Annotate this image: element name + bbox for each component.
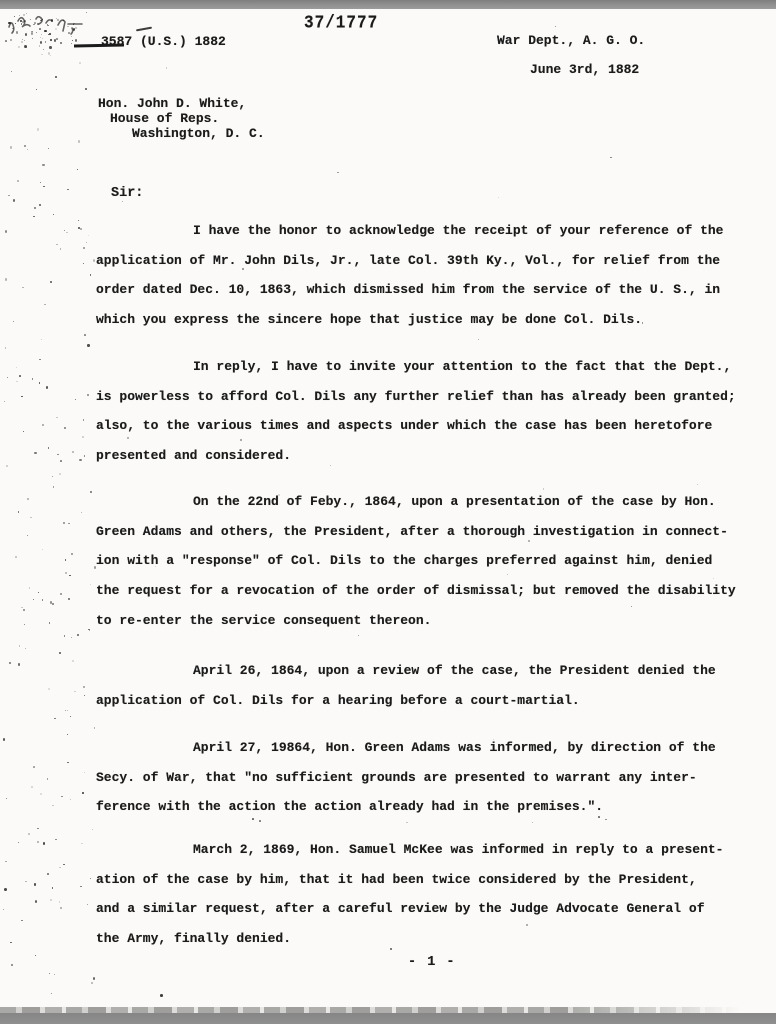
- noise-speck: [22, 287, 24, 289]
- noise-speck: [605, 819, 607, 820]
- noise-speck: [5, 347, 6, 349]
- noise-speck: [15, 556, 17, 558]
- noise-speck: [73, 28, 75, 30]
- noise-speck: [94, 566, 96, 568]
- noise-speck: [11, 71, 12, 72]
- noise-speck: [44, 304, 45, 305]
- noise-speck: [33, 24, 35, 25]
- recipient-address: Hon. John D. White,House of Reps.Washing…: [98, 97, 265, 141]
- text-line: Green Adams and others, the President, a…: [96, 517, 766, 547]
- text-line: ation of the case by him, that it had be…: [96, 865, 766, 895]
- file-number-stamp: 37/1777: [304, 12, 378, 33]
- noise-speck: [49, 33, 51, 35]
- noise-speck: [31, 31, 32, 32]
- noise-speck: [53, 486, 55, 488]
- noise-speck: [77, 634, 79, 636]
- noise-speck: [65, 710, 67, 712]
- noise-speck: [72, 451, 74, 453]
- noise-speck: [12, 28, 13, 29]
- noise-speck: [52, 887, 54, 889]
- noise-speck: [42, 424, 44, 426]
- noise-speck: [45, 41, 47, 43]
- noise-speck: [68, 598, 70, 600]
- noise-speck: [13, 321, 14, 322]
- noise-speck: [90, 584, 91, 585]
- noise-speck: [122, 201, 124, 202]
- noise-speck: [23, 609, 25, 611]
- noise-speck: [7, 377, 8, 378]
- paragraph-3: On the 22nd of Feby., 1864, upon a prese…: [96, 487, 766, 635]
- noise-speck: [598, 816, 600, 818]
- noise-speck: [697, 484, 698, 485]
- noise-speck: [40, 41, 42, 44]
- noise-speck: [33, 766, 35, 768]
- noise-speck: [78, 140, 80, 143]
- noise-speck: [166, 67, 167, 68]
- noise-speck: [41, 54, 42, 55]
- noise-speck: [16, 381, 18, 383]
- noise-speck: [642, 322, 643, 323]
- noise-speck: [30, 517, 31, 518]
- noise-speck: [63, 864, 64, 865]
- noise-speck: [52, 603, 54, 604]
- noise-speck: [23, 14, 25, 15]
- noise-speck: [60, 593, 62, 595]
- noise-speck: [25, 648, 26, 649]
- noise-speck: [79, 62, 81, 64]
- noise-speck: [22, 21, 24, 23]
- noise-speck: [25, 881, 27, 883]
- noise-speck: [92, 829, 93, 830]
- noise-speck: [83, 686, 85, 688]
- noise-speck: [10, 146, 12, 148]
- scan-artifact-top-bar: [0, 0, 776, 9]
- noise-speck: [4, 888, 7, 891]
- noise-speck: [60, 460, 62, 462]
- noise-speck: [56, 244, 57, 245]
- noise-speck: [15, 23, 16, 24]
- noise-speck: [11, 964, 13, 966]
- noise-speck: [78, 227, 80, 229]
- recipient-line: Hon. John D. White,: [98, 97, 265, 112]
- noise-speck: [259, 820, 261, 822]
- noise-speck: [160, 994, 163, 997]
- noise-speck: [93, 259, 95, 262]
- noise-speck: [21, 920, 23, 921]
- noise-speck: [6, 465, 8, 467]
- noise-speck: [44, 30, 46, 32]
- noise-speck: [610, 157, 612, 158]
- noise-speck: [75, 27, 77, 29]
- noise-speck: [543, 488, 544, 489]
- noise-speck: [10, 39, 12, 41]
- noise-speck: [39, 45, 41, 47]
- noise-speck: [50, 281, 52, 283]
- noise-speck: [57, 454, 59, 456]
- text-line: ion with a "response" of Col. Dils to th…: [96, 546, 766, 576]
- text-line: the request for a revocation of the orde…: [96, 576, 766, 606]
- noise-speck: [48, 688, 50, 690]
- noise-speck: [83, 263, 85, 265]
- noise-speck: [21, 41, 23, 43]
- noise-speck: [34, 883, 36, 885]
- noise-speck: [406, 822, 407, 823]
- noise-speck: [19, 15, 20, 16]
- noise-speck: [31, 786, 33, 788]
- noise-speck: [713, 578, 714, 579]
- noise-speck: [61, 796, 62, 798]
- noise-speck: [86, 242, 87, 243]
- noise-speck: [49, 46, 51, 49]
- noise-speck: [84, 334, 86, 336]
- noise-speck: [86, 12, 87, 13]
- department-line: War Dept., A. G. O.: [497, 33, 645, 48]
- text-line: ference with the action the action alrea…: [96, 792, 766, 822]
- noise-speck: [24, 145, 26, 147]
- noise-speck: [24, 624, 25, 626]
- noise-speck: [47, 873, 49, 875]
- noise-speck: [64, 427, 66, 429]
- noise-speck: [55, 76, 57, 77]
- noise-speck: [37, 841, 39, 843]
- noise-speck: [252, 818, 254, 820]
- noise-speck: [40, 793, 42, 795]
- noise-speck: [36, 32, 37, 33]
- noise-speck: [493, 739, 494, 740]
- noise-speck: [18, 663, 20, 665]
- noise-speck: [37, 23, 39, 25]
- noise-speck: [67, 762, 68, 763]
- noise-speck: [35, 955, 36, 956]
- noise-speck: [48, 447, 50, 448]
- noise-speck: [65, 559, 67, 561]
- noise-speck: [80, 228, 82, 230]
- noise-speck: [5, 861, 6, 862]
- noise-speck: [21, 396, 23, 398]
- scan-artifact-bottom-bar: [0, 1013, 776, 1024]
- paragraph-6: March 2, 1869, Hon. Samuel McKee was inf…: [96, 835, 766, 954]
- noise-speck: [555, 26, 556, 27]
- noise-speck: [50, 899, 52, 901]
- noise-speck: [72, 40, 73, 41]
- noise-speck: [89, 630, 90, 631]
- noise-speck: [3, 909, 4, 910]
- noise-speck: [94, 727, 96, 729]
- noise-speck: [40, 20, 41, 21]
- recipient-line: House of Reps.: [98, 112, 265, 127]
- noise-speck: [8, 195, 10, 196]
- noise-speck: [19, 645, 21, 647]
- noise-speck: [39, 359, 40, 360]
- noise-speck: [49, 973, 50, 974]
- noise-speck: [5, 40, 7, 42]
- noise-speck: [32, 378, 33, 380]
- noise-speck: [31, 32, 34, 34]
- noise-speck: [36, 89, 37, 91]
- noise-speck: [498, 197, 499, 198]
- noise-speck: [87, 904, 88, 905]
- noise-speck: [81, 843, 83, 844]
- noise-speck: [38, 592, 39, 593]
- noise-speck: [60, 248, 62, 249]
- noise-speck: [33, 216, 35, 218]
- pen-tick-mark: [136, 27, 152, 32]
- noise-speck: [240, 439, 242, 441]
- noise-speck: [39, 382, 40, 383]
- noise-speck: [84, 695, 85, 696]
- text-line: is powerless to afford Col. Dils any fur…: [96, 382, 766, 412]
- noise-speck: [9, 662, 11, 664]
- date-line: June 3rd, 1882: [530, 62, 639, 77]
- noise-speck: [41, 339, 42, 340]
- noise-speck: [59, 473, 61, 475]
- noise-speck: [87, 344, 89, 347]
- noise-speck: [10, 942, 11, 943]
- noise-speck: [35, 900, 37, 903]
- noise-speck: [532, 822, 533, 823]
- noise-speck: [337, 172, 339, 173]
- noise-speck: [13, 199, 15, 201]
- noise-speck: [278, 494, 279, 495]
- noise-speck: [27, 498, 29, 500]
- noise-speck: [80, 886, 81, 887]
- text-line: April 26, 1864, upon a review of the cas…: [96, 656, 766, 686]
- noise-speck: [43, 49, 44, 50]
- noise-speck: [63, 522, 65, 523]
- noise-speck: [113, 771, 114, 772]
- noise-speck: [71, 43, 73, 44]
- paragraph-1: I have the honor to acknowledge the rece…: [96, 216, 766, 335]
- noise-speck: [239, 564, 240, 565]
- noise-speck: [46, 386, 48, 388]
- noise-speck: [37, 128, 39, 131]
- noise-speck: [5, 278, 7, 280]
- noise-speck: [71, 553, 73, 555]
- noise-speck: [59, 652, 61, 654]
- noise-speck: [18, 511, 20, 513]
- noise-speck: [82, 436, 84, 438]
- reference-number: 3587 (U.S.) 1882: [101, 34, 226, 49]
- noise-speck: [50, 55, 51, 56]
- noise-speck: [6, 798, 7, 799]
- noise-speck: [18, 46, 20, 48]
- noise-speck: [87, 394, 89, 396]
- noise-speck: [83, 247, 85, 249]
- noise-speck: [627, 324, 628, 325]
- text-line: the Army, finally denied.: [96, 924, 766, 954]
- noise-speck: [77, 169, 78, 170]
- noise-speck: [91, 982, 93, 984]
- noise-speck: [155, 566, 156, 567]
- noise-speck: [42, 599, 43, 601]
- noise-speck: [53, 214, 54, 215]
- noise-speck: [67, 710, 68, 711]
- noise-speck: [40, 182, 41, 183]
- noise-speck: [79, 459, 81, 461]
- noise-speck: [127, 437, 129, 439]
- paragraph-2: In reply, I have to invite your attentio…: [96, 352, 766, 471]
- noise-speck: [68, 523, 70, 524]
- text-line: Secy. of War, that "no sufficient ground…: [96, 763, 766, 793]
- noise-speck: [478, 339, 479, 340]
- noise-speck: [26, 13, 27, 14]
- noise-speck: [82, 792, 84, 793]
- text-line: March 2, 1869, Hon. Samuel McKee was inf…: [96, 835, 766, 865]
- noise-speck: [24, 45, 27, 48]
- noise-speck: [52, 805, 54, 806]
- noise-speck: [75, 399, 76, 400]
- noise-speck: [27, 149, 28, 150]
- noise-speck: [72, 660, 74, 662]
- paragraph-4: April 26, 1864, upon a review of the cas…: [96, 656, 766, 715]
- noise-speck: [85, 88, 87, 90]
- noise-speck: [21, 23, 22, 24]
- noise-speck: [21, 607, 23, 608]
- noise-speck: [3, 738, 5, 740]
- noise-speck: [47, 778, 48, 779]
- noise-speck: [64, 635, 65, 636]
- noise-speck: [75, 39, 77, 42]
- noise-speck: [54, 718, 56, 720]
- noise-speck: [528, 540, 530, 542]
- noise-speck: [242, 268, 244, 270]
- text-line: order dated Dec. 10, 1863, which dismiss…: [96, 275, 766, 305]
- noise-speck: [37, 828, 39, 830]
- noise-speck: [43, 186, 45, 188]
- noise-speck: [25, 33, 27, 36]
- noise-speck: [88, 235, 89, 236]
- noise-speck: [90, 491, 91, 492]
- noise-speck: [52, 476, 53, 477]
- noise-speck: [56, 417, 58, 418]
- text-line: and a similar request, after a careful r…: [96, 894, 766, 924]
- noise-speck: [39, 204, 41, 206]
- noise-speck: [60, 42, 62, 44]
- noise-speck: [74, 691, 76, 693]
- noise-speck: [59, 867, 61, 869]
- noise-speck: [70, 716, 71, 717]
- noise-speck: [43, 842, 45, 844]
- text-line: which you express the sincere hope that …: [96, 305, 766, 335]
- scanned-letter-page: 37/1777 3587 (U.S.) 1882 War Dept., A. G…: [0, 0, 776, 1024]
- noise-speck: [16, 367, 17, 368]
- noise-speck: [84, 455, 85, 456]
- recipient-line: Washington, D. C.: [98, 127, 265, 142]
- salutation: Sir:: [111, 186, 143, 201]
- text-line: application of Mr. John Dils, Jr., late …: [96, 246, 766, 276]
- noise-speck: [17, 180, 19, 182]
- noise-speck: [59, 901, 61, 903]
- text-line: In reply, I have to invite your attentio…: [96, 352, 766, 382]
- noise-speck: [84, 772, 85, 773]
- noise-speck: [507, 574, 508, 575]
- page-number: - 1 -: [408, 955, 456, 970]
- noise-speck: [90, 878, 92, 879]
- text-line: application of Col. Dils for a hearing b…: [96, 686, 766, 716]
- noise-speck: [67, 189, 69, 190]
- text-line: presented and considered.: [96, 441, 766, 471]
- noise-speck: [34, 207, 36, 208]
- noise-speck: [60, 907, 62, 909]
- noise-speck: [28, 833, 30, 835]
- noise-speck: [67, 734, 68, 736]
- noise-speck: [81, 512, 82, 513]
- noise-speck: [33, 599, 34, 600]
- noise-speck: [18, 842, 20, 843]
- noise-speck: [5, 230, 7, 233]
- text-line: On the 22nd of Feby., 1864, upon a prese…: [96, 487, 766, 517]
- text-line: also, to the various times and aspects u…: [96, 411, 766, 441]
- noise-speck: [70, 799, 71, 801]
- noise-speck: [93, 977, 95, 980]
- noise-speck: [71, 637, 72, 638]
- noise-speck: [42, 549, 43, 550]
- noise-speck: [29, 587, 30, 588]
- text-line: April 27, 19864, Hon. Green Adams was in…: [96, 733, 766, 763]
- text-line: I have the honor to acknowledge the rece…: [96, 216, 766, 246]
- noise-speck: [49, 622, 51, 623]
- noise-speck: [83, 419, 84, 421]
- noise-speck: [51, 993, 52, 994]
- noise-speck: [78, 220, 79, 221]
- noise-speck: [69, 575, 70, 576]
- noise-speck: [64, 230, 65, 231]
- noise-speck: [27, 535, 29, 537]
- noise-speck: [55, 839, 56, 840]
- noise-speck: [34, 452, 36, 454]
- noise-speck: [48, 148, 49, 149]
- noise-speck: [90, 274, 92, 276]
- noise-speck: [54, 974, 55, 975]
- paragraph-5: April 27, 19864, Hon. Green Adams was in…: [96, 733, 766, 822]
- noise-speck: [42, 19, 43, 20]
- noise-speck: [65, 572, 67, 574]
- noise-speck: [19, 375, 21, 377]
- noise-speck: [23, 431, 24, 432]
- noise-speck: [50, 39, 52, 41]
- noise-speck: [51, 19, 53, 21]
- noise-speck: [22, 39, 23, 40]
- noise-speck: [66, 232, 67, 234]
- text-line: to re-enter the service consequent there…: [96, 606, 766, 636]
- noise-speck: [24, 40, 25, 41]
- noise-speck: [42, 164, 44, 167]
- noise-speck: [4, 401, 5, 402]
- noise-speck: [54, 39, 56, 42]
